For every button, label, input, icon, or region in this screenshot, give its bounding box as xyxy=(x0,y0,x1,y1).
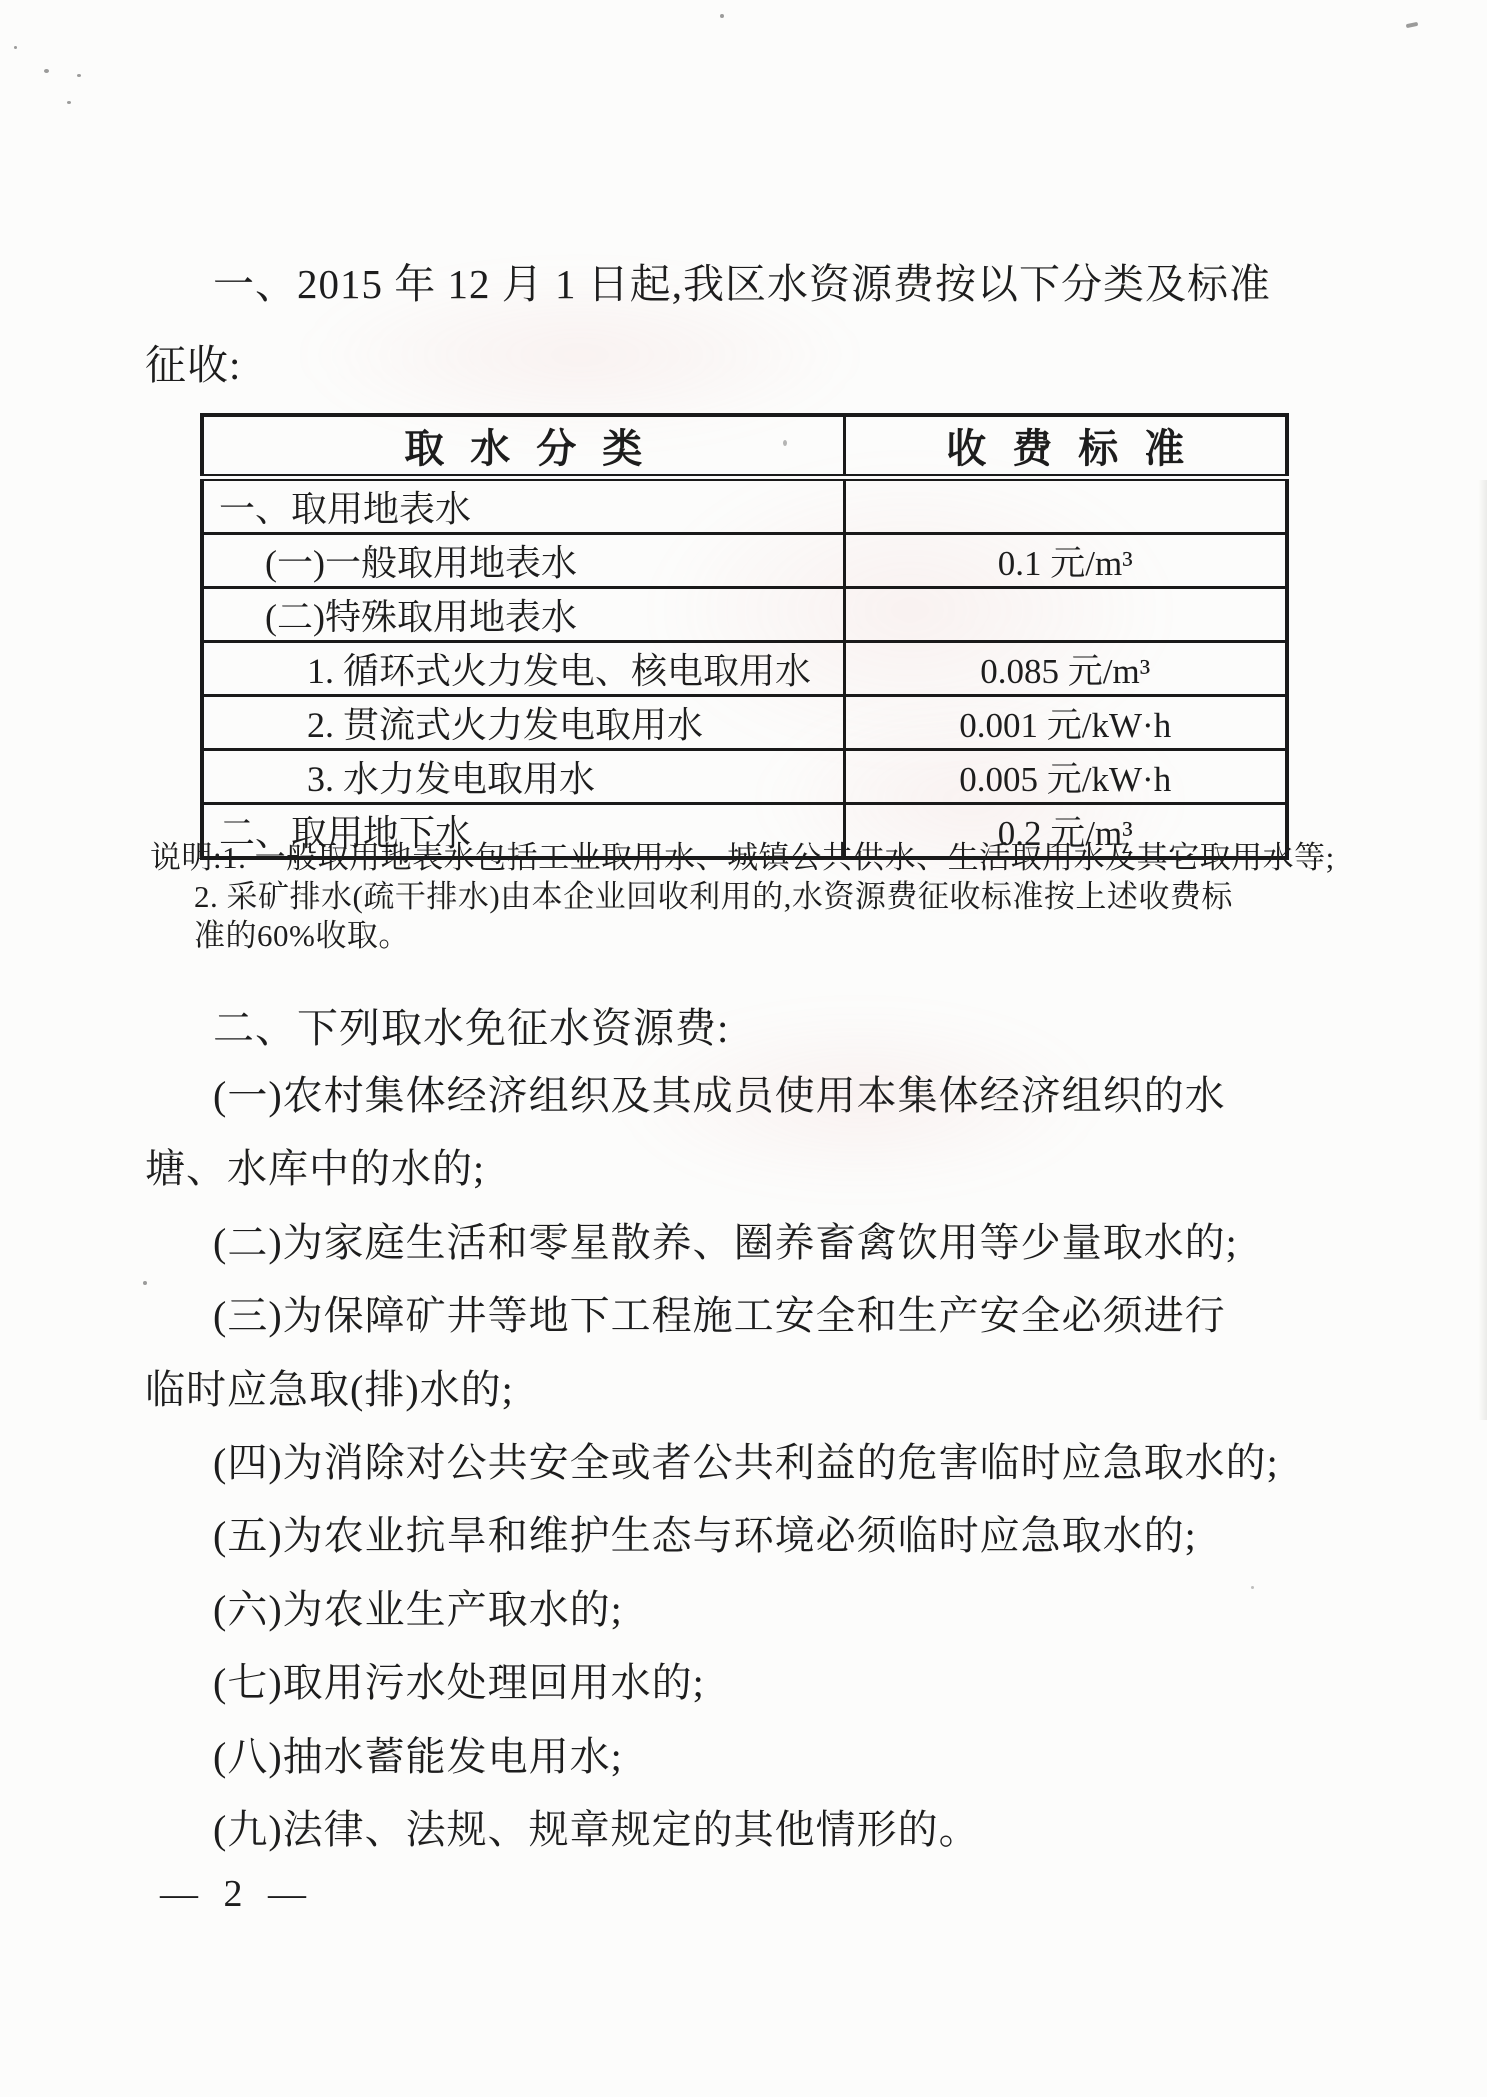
column-header-category: 取水分类 xyxy=(202,415,844,478)
standard-cell xyxy=(844,478,1287,534)
exemption-line: (八)抽水蓄能发电用水; xyxy=(213,1733,623,1781)
exemption-line: (二)为家庭生活和零星散养、圈养畜禽饮用等少量取水的; xyxy=(213,1219,1238,1267)
fee-table-row: 1. 循环式火力发电、核电取用水 0.085 元/m³ xyxy=(202,642,1287,696)
scan-speck xyxy=(720,14,724,18)
standard-cell xyxy=(844,588,1287,642)
scan-speck xyxy=(1406,22,1419,28)
exemption-line: 临时应急取(排)水的; xyxy=(145,1366,514,1414)
exemption-line: (六)为农业生产取水的; xyxy=(213,1586,623,1634)
standard-cell: 0.005 元/kW·h xyxy=(844,750,1287,804)
category-text: 一、取用地表水 xyxy=(204,481,471,532)
category-text: (一)一般取用地表水 xyxy=(204,535,577,586)
exemption-line: (四)为消除对公共安全或者公共利益的危害临时应急取水的; xyxy=(213,1439,1279,1487)
category-cell: (二)特殊取用地表水 xyxy=(202,588,844,642)
scan-speck xyxy=(44,69,49,73)
standard-text: 0.001 元/kW·h xyxy=(959,706,1171,745)
note-line: 准的60%收取。 xyxy=(194,916,1335,955)
category-text: 3. 水力发电取用水 xyxy=(204,751,595,802)
category-cell: 3. 水力发电取用水 xyxy=(202,750,844,804)
standard-text: 0.085 元/m³ xyxy=(980,652,1150,691)
standard-cell: 0.1 元/m³ xyxy=(844,534,1287,588)
note-line: 说明:1. 一般取用地表水包括工业取用水、城镇公共供水、生活取用水及其它取用水等… xyxy=(150,838,1335,877)
exemption-line: (九)法律、法规、规章规定的其他情形的。 xyxy=(213,1806,980,1854)
category-text: 1. 循环式火力发电、核电取用水 xyxy=(204,643,811,694)
fee-table-header-row: 取水分类 收费标准 xyxy=(202,415,1287,478)
exemption-line: (三)为保障矿井等地下工程施工安全和生产安全必须进行 xyxy=(213,1292,1226,1340)
category-text: 2. 贯流式火力发电取用水 xyxy=(204,697,703,748)
exemption-line: (一)农村集体经济组织及其成员使用本集体经济组织的水 xyxy=(213,1072,1226,1120)
exemption-line: (五)为农业抗旱和维护生态与环境必须临时应急取水的; xyxy=(213,1512,1197,1560)
category-cell: 1. 循环式火力发电、核电取用水 xyxy=(202,642,844,696)
standard-cell: 0.001 元/kW·h xyxy=(844,696,1287,750)
table-notes: 说明:1. 一般取用地表水包括工业取用水、城镇公共供水、生活取用水及其它取用水等… xyxy=(150,838,1335,955)
scan-speck xyxy=(67,101,71,104)
intro-line-1: 一、2015 年 12 月 1 日起,我区水资源费按以下分类及标准 xyxy=(213,260,1271,309)
scan-speck xyxy=(77,74,81,77)
fee-table: 取水分类 收费标准 一、取用地表水 (一)一般取用地表水 0.1 元/m³ (二… xyxy=(200,413,1289,860)
category-cell: 一、取用地表水 xyxy=(202,478,844,534)
column-header-standard: 收费标准 xyxy=(844,415,1287,478)
scan-streak xyxy=(1478,480,1487,1420)
column-header-category-label: 取水分类 xyxy=(404,426,668,471)
standard-text: 0.005 元/kW·h xyxy=(959,760,1171,799)
standard-cell: 0.085 元/m³ xyxy=(844,642,1287,696)
fee-table-row: (一)一般取用地表水 0.1 元/m³ xyxy=(202,534,1287,588)
category-text: (二)特殊取用地表水 xyxy=(204,589,577,640)
fee-table-row: 2. 贯流式火力发电取用水 0.001 元/kW·h xyxy=(202,696,1287,750)
scan-speck xyxy=(14,46,17,49)
category-cell: (一)一般取用地表水 xyxy=(202,534,844,588)
exemption-line: (七)取用污水处理回用水的; xyxy=(213,1659,705,1707)
category-cell: 2. 贯流式火力发电取用水 xyxy=(202,696,844,750)
intro-line-2: 征收: xyxy=(145,341,241,390)
document-page: 一、2015 年 12 月 1 日起,我区水资源费按以下分类及标准 征收: 取水… xyxy=(0,0,1487,2097)
fee-table-row: 3. 水力发电取用水 0.005 元/kW·h xyxy=(202,750,1287,804)
fee-table-row: 一、取用地表水 xyxy=(202,478,1287,534)
scan-speck xyxy=(143,1281,147,1285)
scan-speck xyxy=(1251,1586,1254,1589)
page-number: — 2 — xyxy=(160,1872,314,1916)
standard-text: 0.1 元/m³ xyxy=(998,544,1133,583)
note-line: 2. 采矿排水(疏干排水)由本企业回收利用的,水资源费征收标准按上述收费标 xyxy=(194,877,1335,916)
fee-table-row: (二)特殊取用地表水 xyxy=(202,588,1287,642)
column-header-standard-label: 收费标准 xyxy=(946,426,1210,471)
section2-heading: 二、下列取水免征水资源费: xyxy=(213,1004,729,1053)
exemption-line: 塘、水库中的水的; xyxy=(145,1145,485,1193)
